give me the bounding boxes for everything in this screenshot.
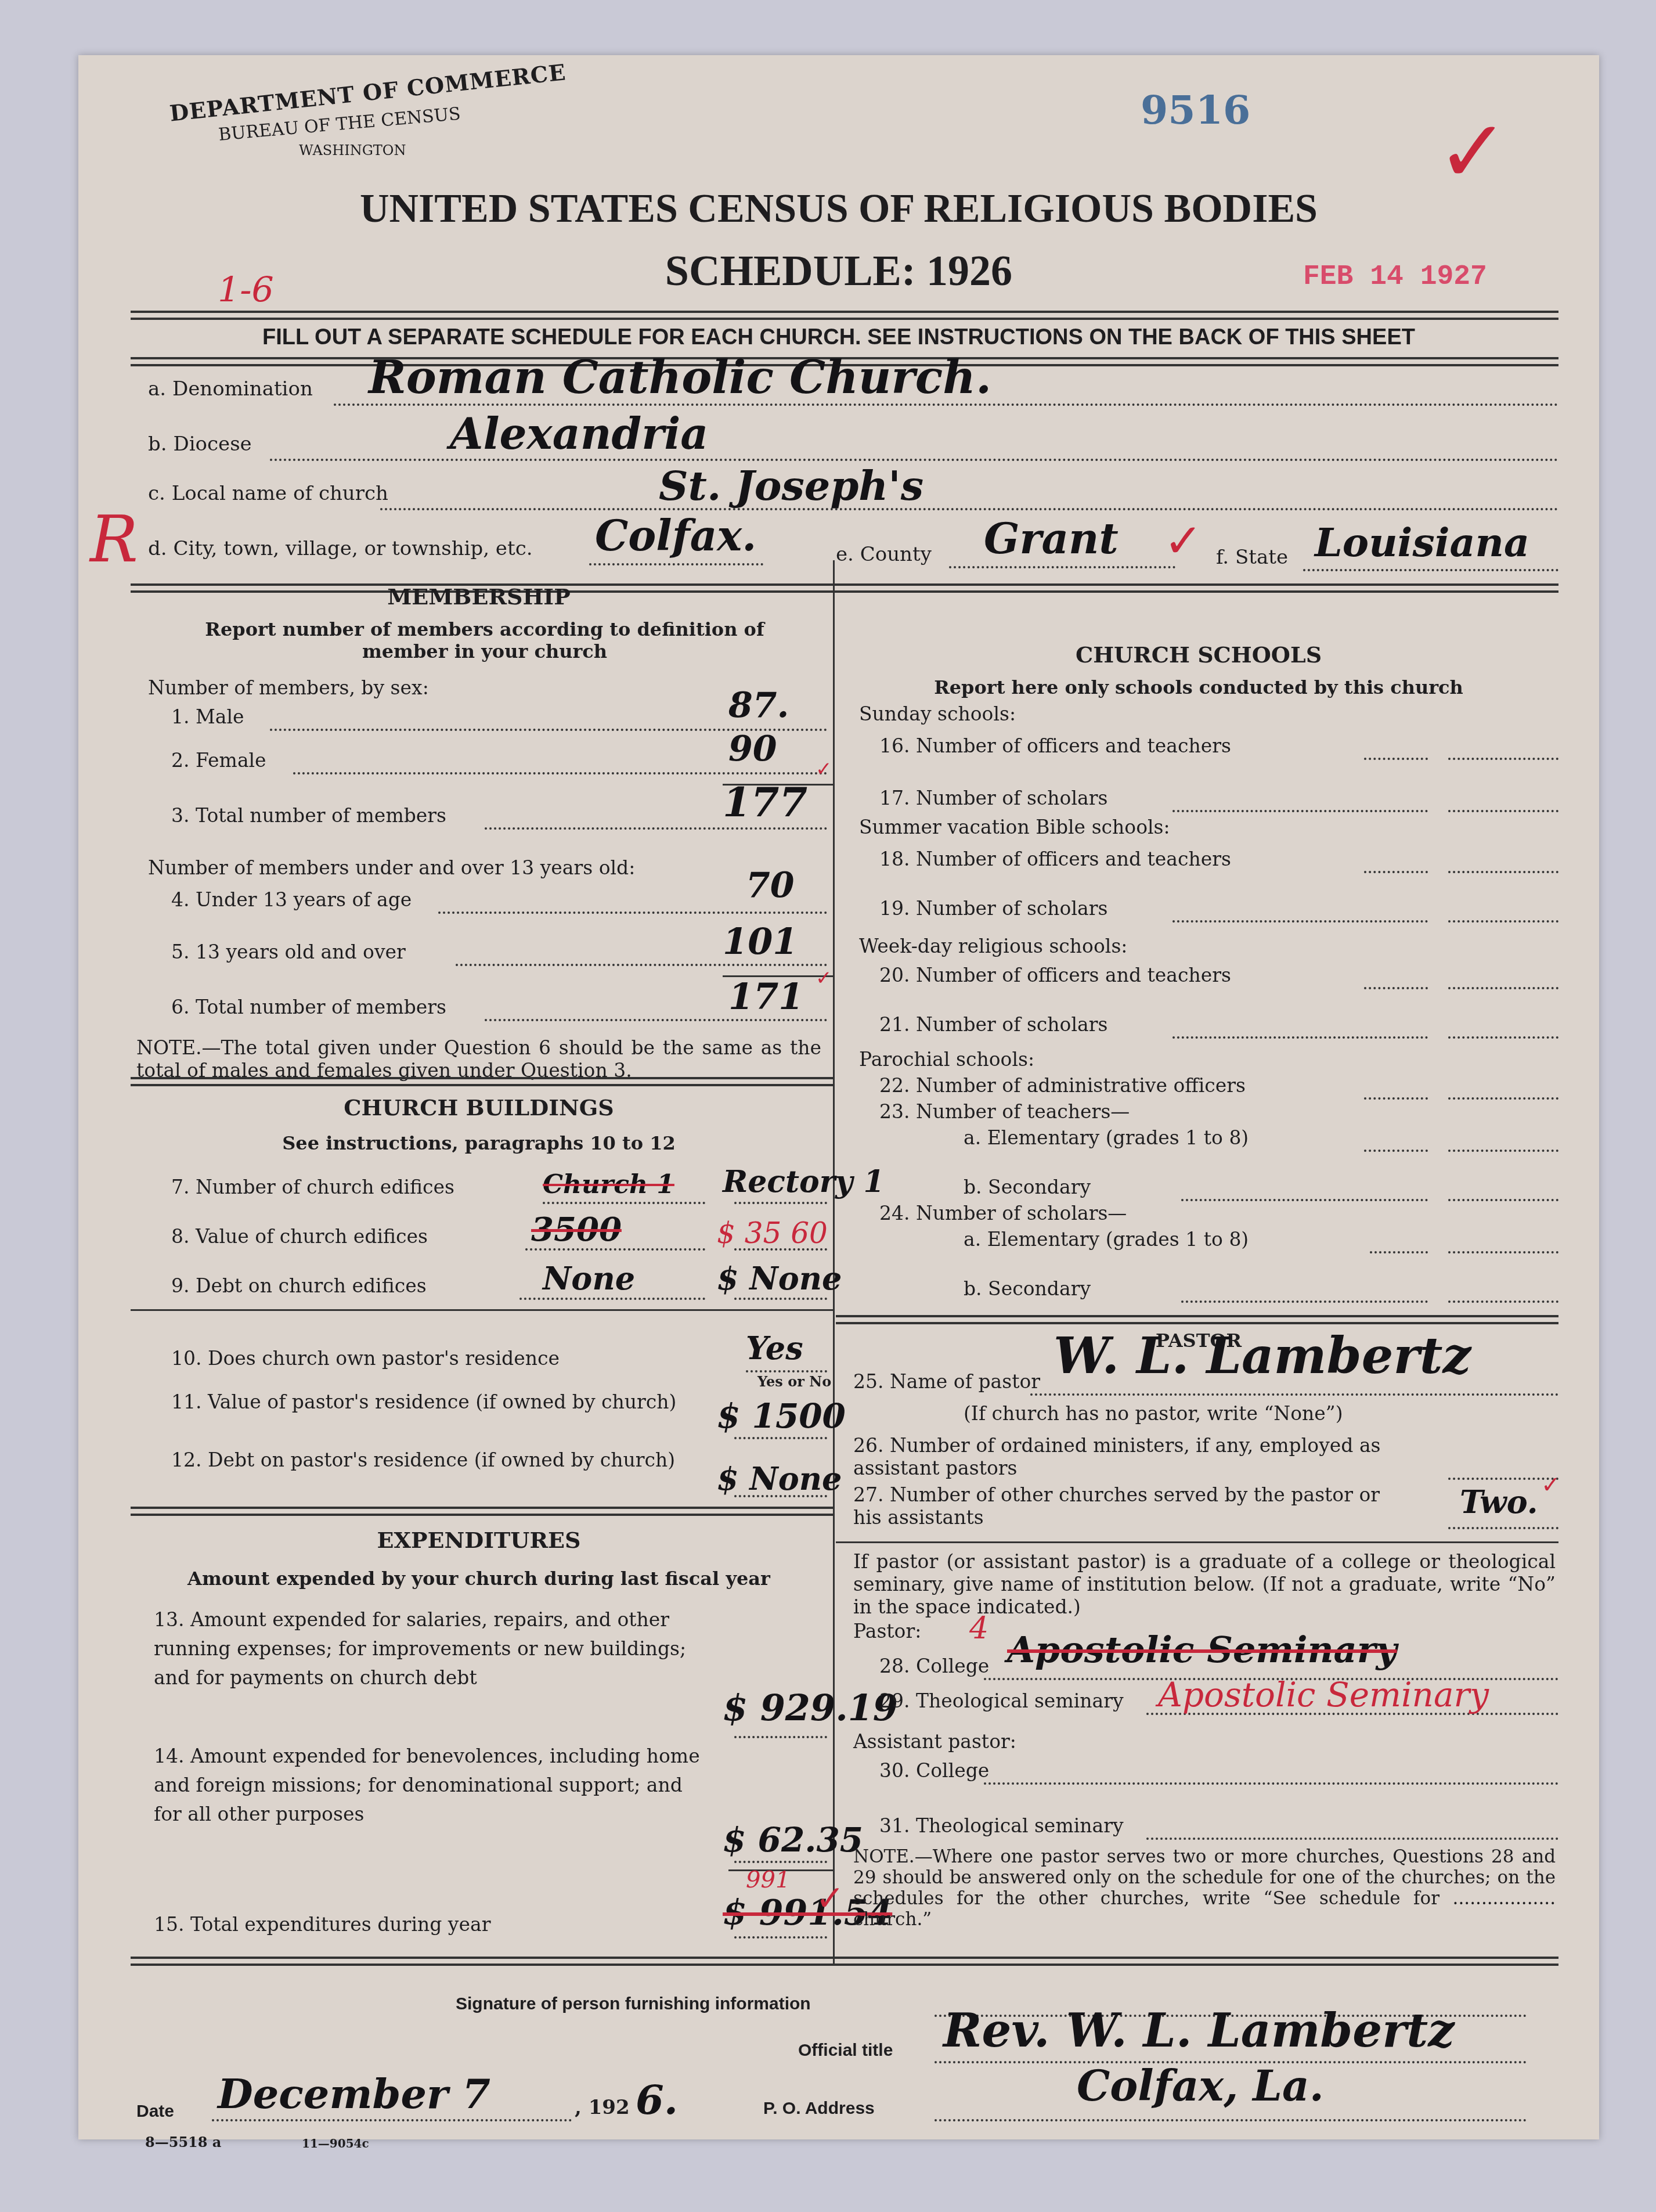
schools-subheading: Report here only schools conducted by th… [839,676,1558,698]
q15-red-correction: 991 [746,1867,790,1893]
q23a-label: a. Elementary (grades 1 to 8) [964,1126,1249,1149]
q9-debt-field-2[interactable]: $ None [717,1260,842,1297]
field-line [380,508,1558,510]
q18-label: 18. Number of officers and teachers [879,848,1231,870]
print-number: 11—9054c [302,2137,369,2150]
diocese-label: b. Diocese [148,433,252,456]
state-label: f. State [1216,546,1288,569]
received-date-stamp: FEB 14 1927 [1303,261,1487,293]
margin-note: 1-6 [218,270,274,311]
denomination-field[interactable]: Roman Catholic Church. [369,351,991,404]
q21-field-2[interactable] [1448,1036,1558,1039]
q7-label: 7. Number of church edifices [171,1176,454,1198]
buildings-heading: CHURCH BUILDINGS [131,1094,827,1121]
field-line [734,1202,827,1204]
q11-residence-value-field[interactable]: $ 1500 [717,1396,846,1436]
field-line [1303,569,1558,571]
field-line [589,563,763,565]
red-check-icon: ✓ [816,967,832,990]
q24-label: 24. Number of scholars— [879,1202,1127,1224]
q23b-field[interactable] [1181,1199,1428,1201]
q8-label: 8. Value of church edifices [171,1225,428,1248]
q16-field-2[interactable] [1448,758,1558,760]
assistant-pastor-label: Assistant pastor: [853,1730,1016,1753]
field-line [734,1936,827,1939]
q16-label: 16. Number of officers and teachers [879,734,1231,757]
q4-label: 4. Under 13 years of age [171,888,412,911]
weekday-schools-label: Week-day religious schools: [859,935,1127,957]
county-field[interactable]: Grant [984,514,1119,563]
red-check-icon: ✓ [816,1878,845,1919]
q20-label: 20. Number of officers and teachers [879,964,1231,986]
divider [131,1957,1558,1966]
q23a-field-2[interactable] [1448,1150,1558,1152]
q21-label: 21. Number of scholars [879,1013,1107,1036]
city-field[interactable]: Colfax. [595,511,756,560]
parochial-schools-label: Parochial schools: [859,1048,1034,1071]
q9-debt-field[interactable]: None [543,1260,635,1297]
q29-label: 29. Theological seminary [879,1689,1124,1712]
q24b-field-2[interactable] [1448,1300,1558,1303]
q27-label: 27. Number of other churches served by t… [853,1483,1387,1529]
yes-no-hint: Yes or No [757,1373,831,1390]
schedule-stamp-number: 9516 [1141,87,1250,134]
q12-residence-debt-field[interactable]: $ None [717,1460,842,1497]
county-label: e. County [836,543,932,566]
q12-label: 12. Debt on pastor's residence (if owned… [171,1449,705,1471]
field-line [1030,1393,1558,1396]
year-prefix: , 192 [575,2096,630,2119]
q4-under-13-field[interactable]: 70 [746,865,795,906]
q10-owns-residence-field[interactable]: Yes [746,1330,803,1367]
year-field[interactable]: 6. [636,2076,678,2124]
q6-total-field[interactable]: 171 [728,975,803,1018]
q19-field[interactable] [1172,920,1428,923]
q3-total-field[interactable]: 177 [723,778,807,826]
divider [131,1507,833,1516]
field-line [734,1298,827,1300]
q2-label: 2. Female [171,749,266,772]
pastor-red-mark: 4 [969,1611,988,1646]
local-name-label: c. Local name of church [148,482,388,505]
q28-label: 28. College [879,1655,989,1677]
official-title-label: Official title [798,2041,893,2060]
divider [131,1077,833,1086]
field-line [519,1298,705,1300]
q31-label: 31. Theological seminary [879,1814,1124,1837]
q24b-field[interactable] [1181,1300,1428,1303]
divider [836,1315,1558,1324]
state-field[interactable]: Louisiana [1315,520,1529,566]
expenditures-subheading: Amount expended by your church during la… [131,1568,827,1590]
q5-label: 5. 13 years old and over [171,941,406,963]
q2-female-field[interactable]: 90 [728,729,777,769]
q15-label: 15. Total expenditures during year [154,1913,490,1936]
schools-heading: CHURCH SCHOOLS [839,642,1558,668]
q31-field[interactable] [1146,1838,1558,1840]
q11-label: 11. Value of pastor's residence (if owne… [171,1390,705,1413]
q19-field-2[interactable] [1448,920,1558,923]
q8-value-field[interactable]: 3500 [531,1211,622,1249]
q29-seminary-field[interactable]: Apostolic Seminary [1158,1675,1489,1714]
q27-other-churches-field[interactable]: Two. [1460,1483,1538,1521]
q1-male-field[interactable]: 87. [728,685,789,726]
red-check-icon: ✓ [816,758,832,781]
pastor-note: NOTE.—Where one pastor serves two or mor… [853,1846,1556,1930]
q23-label: 23. Number of teachers— [879,1100,1130,1123]
date-field[interactable]: December 7 [218,2070,490,2118]
field-line [734,1437,827,1439]
diocese-field[interactable]: Alexandria [450,409,708,459]
q16-field[interactable] [1364,758,1428,760]
q22-field-2[interactable] [1448,1097,1558,1100]
red-check-icon: ✓ [1541,1472,1561,1498]
official-title-field[interactable]: Rev. W. L. Lambertz [943,2003,1455,2058]
q25-label: 25. Name of pastor [853,1370,1040,1393]
field-line [485,827,827,830]
q14-label: 14. Amount expended for benevolences, in… [154,1742,705,1829]
q22-label: 22. Number of administrative officers [879,1074,1246,1097]
q8-corrected-value-field[interactable]: $ 35 60 [717,1216,828,1250]
field-line [949,566,1175,568]
field-line [438,912,827,914]
pastor-sub-label: Pastor: [853,1620,921,1642]
sunday-schools-label: Sunday schools: [859,702,1016,725]
q21-field[interactable] [1172,1036,1428,1039]
field-line [734,1861,827,1863]
q19-label: 19. Number of scholars [879,897,1107,920]
field-line [746,1370,827,1372]
q17-field[interactable] [1172,810,1428,812]
summer-schools-label: Summer vacation Bible schools: [859,816,1170,838]
po-address-label: P. O. Address [763,2099,875,2119]
q24a-field[interactable] [1370,1251,1428,1253]
field-line [293,772,827,774]
q30-field[interactable] [984,1782,1558,1785]
field-line [1448,1527,1558,1529]
city-label: WASHINGTON [299,142,406,158]
field-line [734,1736,827,1738]
red-check-icon: ✓ [1164,514,1203,568]
form-title: UNITED STATES CENSUS OF RELIGIOUS BODIES [78,186,1599,232]
q7-rectory-field[interactable]: Rectory 1 [723,1164,885,1199]
signature-label: Signature of person furnishing informati… [456,1994,811,2014]
q3-label: 3. Total number of members [171,804,446,827]
membership-note: NOTE.—The total given under Question 6 s… [136,1036,821,1082]
local-name-field[interactable]: St. Joseph's [659,462,923,510]
by-sex-label: Number of members, by sex: [148,676,429,699]
membership-heading: MEMBERSHIP [131,583,827,610]
q17-label: 17. Number of scholars [879,787,1107,809]
q14-benevolences-field[interactable]: $ 62.35 [723,1820,863,1860]
q23a-field[interactable] [1364,1150,1428,1152]
date-label: Date [136,2102,174,2121]
field-line [543,1202,705,1204]
q20-field[interactable] [1364,987,1428,989]
po-address-field[interactable]: Colfax, La. [1077,2061,1324,2110]
q5-over-13-field[interactable]: 101 [723,920,798,963]
q24a-label: a. Elementary (grades 1 to 8) [964,1228,1249,1251]
by-age-label: Number of members under and over 13 year… [148,856,635,879]
q18-field-2[interactable] [1448,871,1558,873]
q13-running-expenses-field[interactable]: $ 929.19 [723,1687,898,1729]
form-number: 8—5518 a [145,2134,221,2150]
field-line [485,1019,827,1021]
margin-r-mark: R [90,502,138,577]
q22-field[interactable] [1364,1097,1428,1100]
q24a-field-2[interactable] [1448,1251,1558,1253]
field-line [212,2119,572,2121]
q25-hint: (If church has no pastor, write “None”) [964,1402,1343,1425]
city-field-label: d. City, town, village, or township, etc… [148,537,533,560]
q24b-label: b. Secondary [964,1277,1091,1300]
q23b-label: b. Secondary [964,1176,1091,1198]
divider [131,1309,833,1311]
q6-label: 6. Total number of members [171,996,446,1018]
q20-field-2[interactable] [1448,987,1558,989]
q9-label: 9. Debt on church edifices [171,1274,427,1297]
membership-subheading: Report number of members according to de… [160,618,810,662]
divider [836,1541,1558,1543]
field-line [935,2119,1527,2121]
divider [131,311,1558,320]
denomination-label: a. Denomination [148,377,313,401]
q7-church-field[interactable]: Church 1 [543,1170,674,1199]
q1-label: 1. Male [171,705,244,728]
graduate-instructions: If pastor (or assistant pastor) is a gra… [853,1550,1556,1618]
q28-college-field[interactable]: Apostolic Seminary [1007,1629,1397,1671]
q17-field-2[interactable] [1448,810,1558,812]
q30-label: 30. College [879,1759,989,1782]
expenditures-heading: EXPENDITURES [131,1527,827,1553]
q26-label: 26. Number of ordained ministers, if any… [853,1434,1387,1479]
fill-instructions: FILL OUT A SEPARATE SCHEDULE FOR EACH CH… [78,325,1599,350]
q10-label: 10. Does church own pastor's residence [171,1347,560,1370]
q13-label: 13. Amount expended for salaries, repair… [154,1605,705,1692]
q18-field[interactable] [1364,871,1428,873]
q23b-field-2[interactable] [1448,1199,1558,1201]
buildings-subheading: See instructions, paragraphs 10 to 12 [131,1132,827,1154]
q25-pastor-name-field[interactable]: W. L. Lambertz [1054,1327,1471,1385]
field-line [456,964,827,966]
census-schedule-page: DEPARTMENT OF COMMERCE BUREAU OF THE CEN… [78,55,1599,2139]
